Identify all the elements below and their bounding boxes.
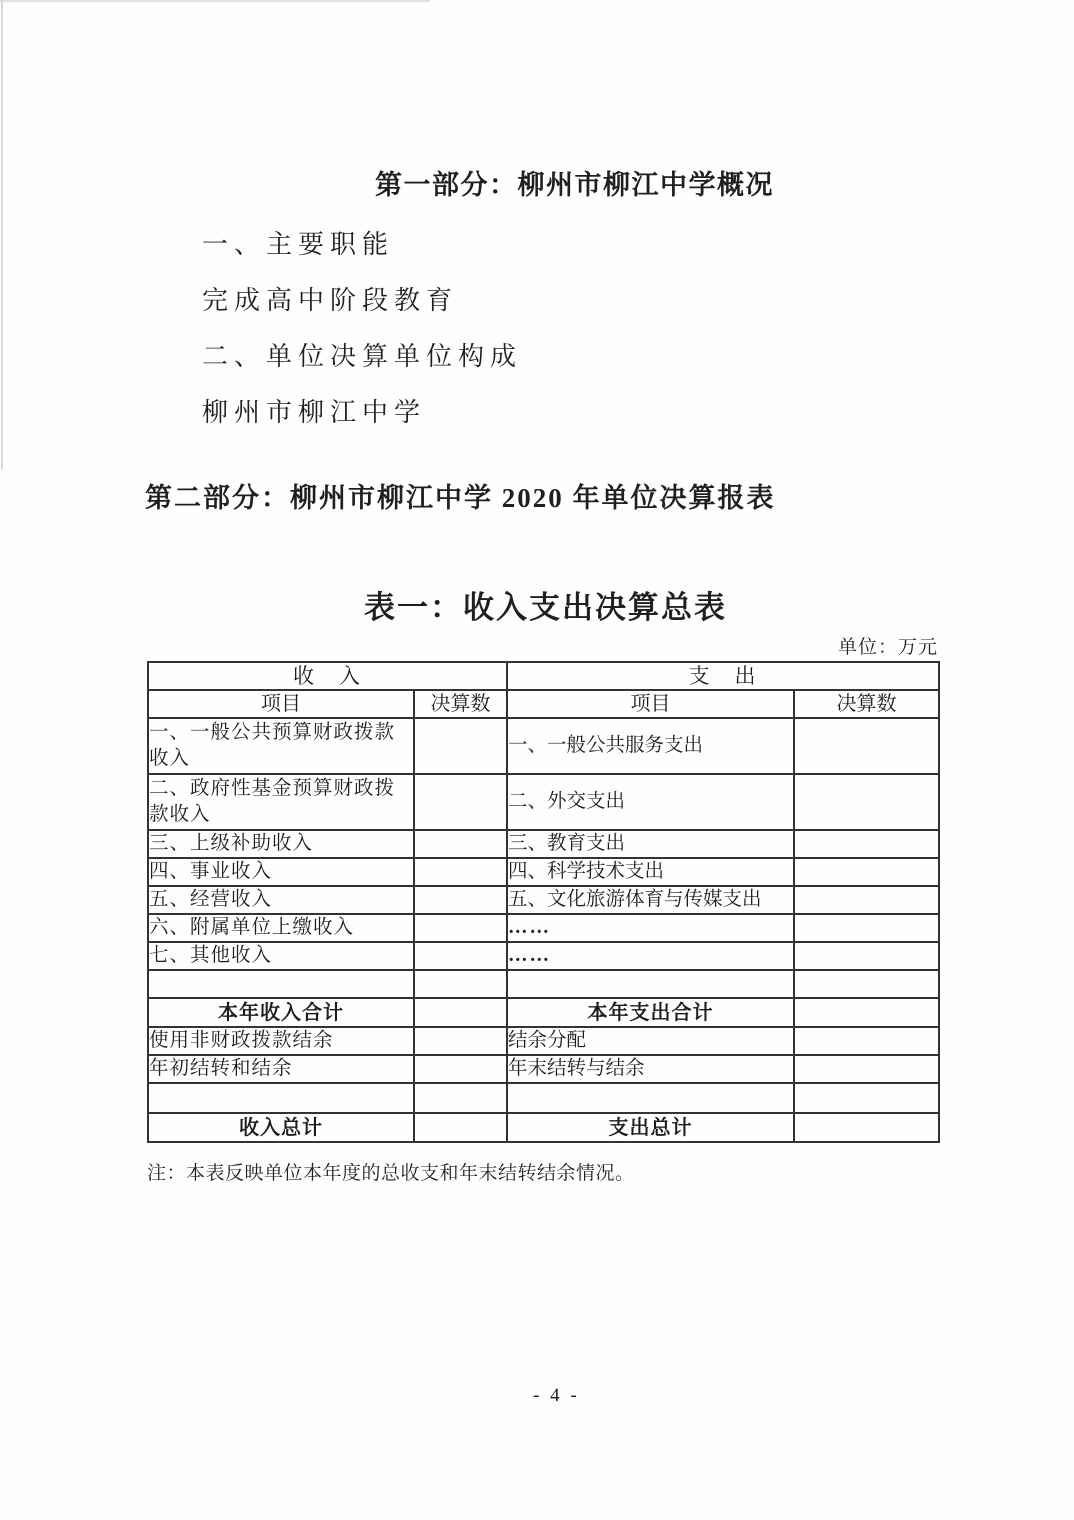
cell-expense-item: 结余分配 xyxy=(507,1027,794,1055)
scan-edge-artifact xyxy=(0,0,430,2)
table-row: 四、事业收入四、科学技术支出 xyxy=(148,858,939,886)
cell-income-value xyxy=(414,858,507,886)
cell-expense-item: 三、教育支出 xyxy=(507,830,794,858)
cell-income-item xyxy=(148,970,414,998)
cell-income-value xyxy=(414,970,507,998)
table-row: 二、政府性基金预算财政拨款收入二、外交支出 xyxy=(148,774,939,830)
expense-section-header: 支 出 xyxy=(507,662,939,690)
cell-expense-value xyxy=(794,998,939,1027)
cell-income-value xyxy=(414,830,507,858)
cell-income-value xyxy=(414,1083,507,1113)
cell-expense-value xyxy=(794,886,939,914)
table-row xyxy=(148,970,939,998)
cell-expense-item: 四、科学技术支出 xyxy=(507,858,794,886)
cell-expense-item: 支出总计 xyxy=(507,1113,794,1142)
cell-expense-value xyxy=(794,970,939,998)
cell-expense-value xyxy=(794,858,939,886)
cell-income-value xyxy=(414,1055,507,1083)
cell-income-item: 四、事业收入 xyxy=(148,858,414,886)
part1-title: 第一部分：柳州市柳江中学概况 xyxy=(375,163,774,202)
cell-income-value xyxy=(414,774,507,830)
column-header-income-item: 项目 xyxy=(148,690,414,718)
income-section-header: 收 入 xyxy=(148,662,507,690)
cell-income-value xyxy=(414,718,507,774)
cell-expense-item: …… xyxy=(507,914,794,942)
column-header-income-final: 决算数 xyxy=(414,690,507,718)
cell-income-value xyxy=(414,1027,507,1055)
cell-expense-value xyxy=(794,1055,939,1083)
table-row: 七、其他收入…… xyxy=(148,942,939,970)
cell-income-item: 收入总计 xyxy=(148,1113,414,1142)
part1-heading-main-functions: 一、主要职能 xyxy=(202,224,394,261)
cell-income-item: 一、一般公共预算财政拨款收入 xyxy=(148,718,414,774)
cell-income-value xyxy=(414,886,507,914)
table-row: 使用非财政拨款结余结余分配 xyxy=(148,1027,939,1055)
income-expense-summary-table: 收 入 支 出 项目 决算数 项目 决算数 一、一般公共预算财政拨款收入一、一般… xyxy=(147,661,940,1143)
cell-expense-item xyxy=(507,1083,794,1113)
cell-expense-value xyxy=(794,718,939,774)
cell-expense-value xyxy=(794,1083,939,1113)
part1-heading-unit-composition: 二、单位决算单位构成 xyxy=(202,336,522,373)
column-header-expense-final: 决算数 xyxy=(794,690,939,718)
cell-expense-value xyxy=(794,1027,939,1055)
cell-income-item: 年初结转和结余 xyxy=(148,1055,414,1083)
cell-income-item: 七、其他收入 xyxy=(148,942,414,970)
cell-income-value xyxy=(414,942,507,970)
table1-title: 表一：收入支出决算总表 xyxy=(364,582,727,627)
cell-expense-item: 本年支出合计 xyxy=(507,998,794,1027)
cell-expense-item: 二、外交支出 xyxy=(507,774,794,830)
table-row: 收入总计支出总计 xyxy=(148,1113,939,1142)
table-row: 五、经营收入五、文化旅游体育与传媒支出 xyxy=(148,886,939,914)
cell-income-item: 使用非财政拨款结余 xyxy=(148,1027,414,1055)
table-note: 注：本表反映单位本年度的总收支和年末结转结余情况。 xyxy=(147,1158,635,1185)
cell-income-item: 三、上级补助收入 xyxy=(148,830,414,858)
part2-title: 第二部分：柳州市柳江中学 2020 年单位决算报表 xyxy=(145,476,776,515)
table-section-header-row: 收 入 支 出 xyxy=(148,662,939,690)
table-column-header-row: 项目 决算数 项目 决算数 xyxy=(148,690,939,718)
part1-text-main-functions: 完成高中阶段教育 xyxy=(202,280,458,317)
cell-expense-value xyxy=(794,1113,939,1142)
table-row: 六、附属单位上缴收入…… xyxy=(148,914,939,942)
column-header-expense-item: 项目 xyxy=(507,690,794,718)
table-row: 一、一般公共预算财政拨款收入一、一般公共服务支出 xyxy=(148,718,939,774)
part1-text-unit-composition: 柳州市柳江中学 xyxy=(202,392,426,429)
table-row: 年初结转和结余年末结转与结余 xyxy=(148,1055,939,1083)
table-row xyxy=(148,1083,939,1113)
cell-expense-item: …… xyxy=(507,942,794,970)
cell-expense-value xyxy=(794,774,939,830)
scan-edge-artifact xyxy=(1,0,3,470)
page-number: - 4 - xyxy=(533,1385,580,1407)
cell-income-value xyxy=(414,1113,507,1142)
document-page: 第一部分：柳州市柳江中学概况 一、主要职能 完成高中阶段教育 二、单位决算单位构… xyxy=(0,0,1074,1520)
cell-expense-value xyxy=(794,914,939,942)
cell-income-value xyxy=(414,998,507,1027)
cell-income-value xyxy=(414,914,507,942)
cell-income-item: 五、经营收入 xyxy=(148,886,414,914)
cell-income-item xyxy=(148,1083,414,1113)
cell-income-item: 二、政府性基金预算财政拨款收入 xyxy=(148,774,414,830)
cell-expense-value xyxy=(794,830,939,858)
cell-income-item: 六、附属单位上缴收入 xyxy=(148,914,414,942)
cell-expense-value xyxy=(794,942,939,970)
unit-label: 单位：万元 xyxy=(700,632,938,659)
cell-expense-item: 五、文化旅游体育与传媒支出 xyxy=(507,886,794,914)
cell-expense-item: 年末结转与结余 xyxy=(507,1055,794,1083)
cell-income-item: 本年收入合计 xyxy=(148,998,414,1027)
table-row: 三、上级补助收入三、教育支出 xyxy=(148,830,939,858)
cell-expense-item xyxy=(507,970,794,998)
table-row: 本年收入合计本年支出合计 xyxy=(148,998,939,1027)
cell-expense-item: 一、一般公共服务支出 xyxy=(507,718,794,774)
